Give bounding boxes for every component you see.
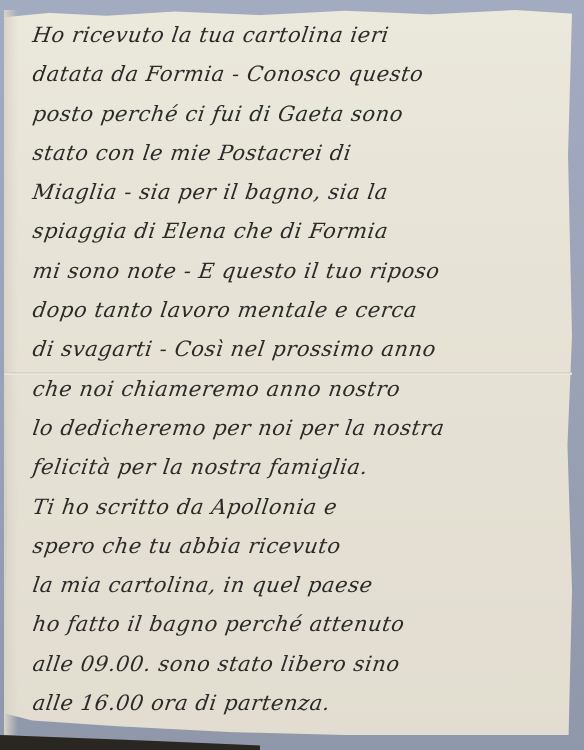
- text-line: mi sono note - E questo il tuo riposo: [30, 252, 566, 291]
- text-line: Ho ricevuto la tua cartolina ieri: [30, 16, 566, 55]
- text-line: spiaggia di Elena che di Formia: [30, 212, 566, 251]
- text-line: datata da Formia - Conosco questo: [30, 55, 566, 94]
- text-line: spero che tu abbia ricevuto: [30, 527, 566, 566]
- text-line: lo dedicheremo per noi per la nostra: [30, 409, 566, 448]
- text-line: posto perché ci fui di Gaeta sono: [30, 95, 566, 134]
- text-line: Miaglia - sia per il bagno, sia la: [30, 173, 566, 212]
- text-line: ho fatto il bagno perché attenuto: [30, 605, 566, 644]
- text-line: felicità per la nostra famiglia.: [30, 448, 566, 487]
- text-line: dopo tanto lavoro mentale e cerca: [30, 291, 566, 330]
- text-line: stato con le mie Postacrei di: [30, 134, 566, 173]
- handwritten-text: Ho ricevuto la tua cartolina ieri datata…: [30, 16, 560, 723]
- text-line: alle 09.00. sono stato libero sino: [30, 645, 566, 684]
- text-line: Ti ho scritto da Apollonia e: [30, 488, 566, 527]
- text-line: la mia cartolina, in quel paese: [30, 566, 566, 605]
- text-line: di svagarti - Così nel prossimo anno: [30, 330, 566, 369]
- text-line: alle 16.00 ora di partenza.: [30, 684, 566, 723]
- text-line: che noi chiameremo anno nostro: [30, 370, 566, 409]
